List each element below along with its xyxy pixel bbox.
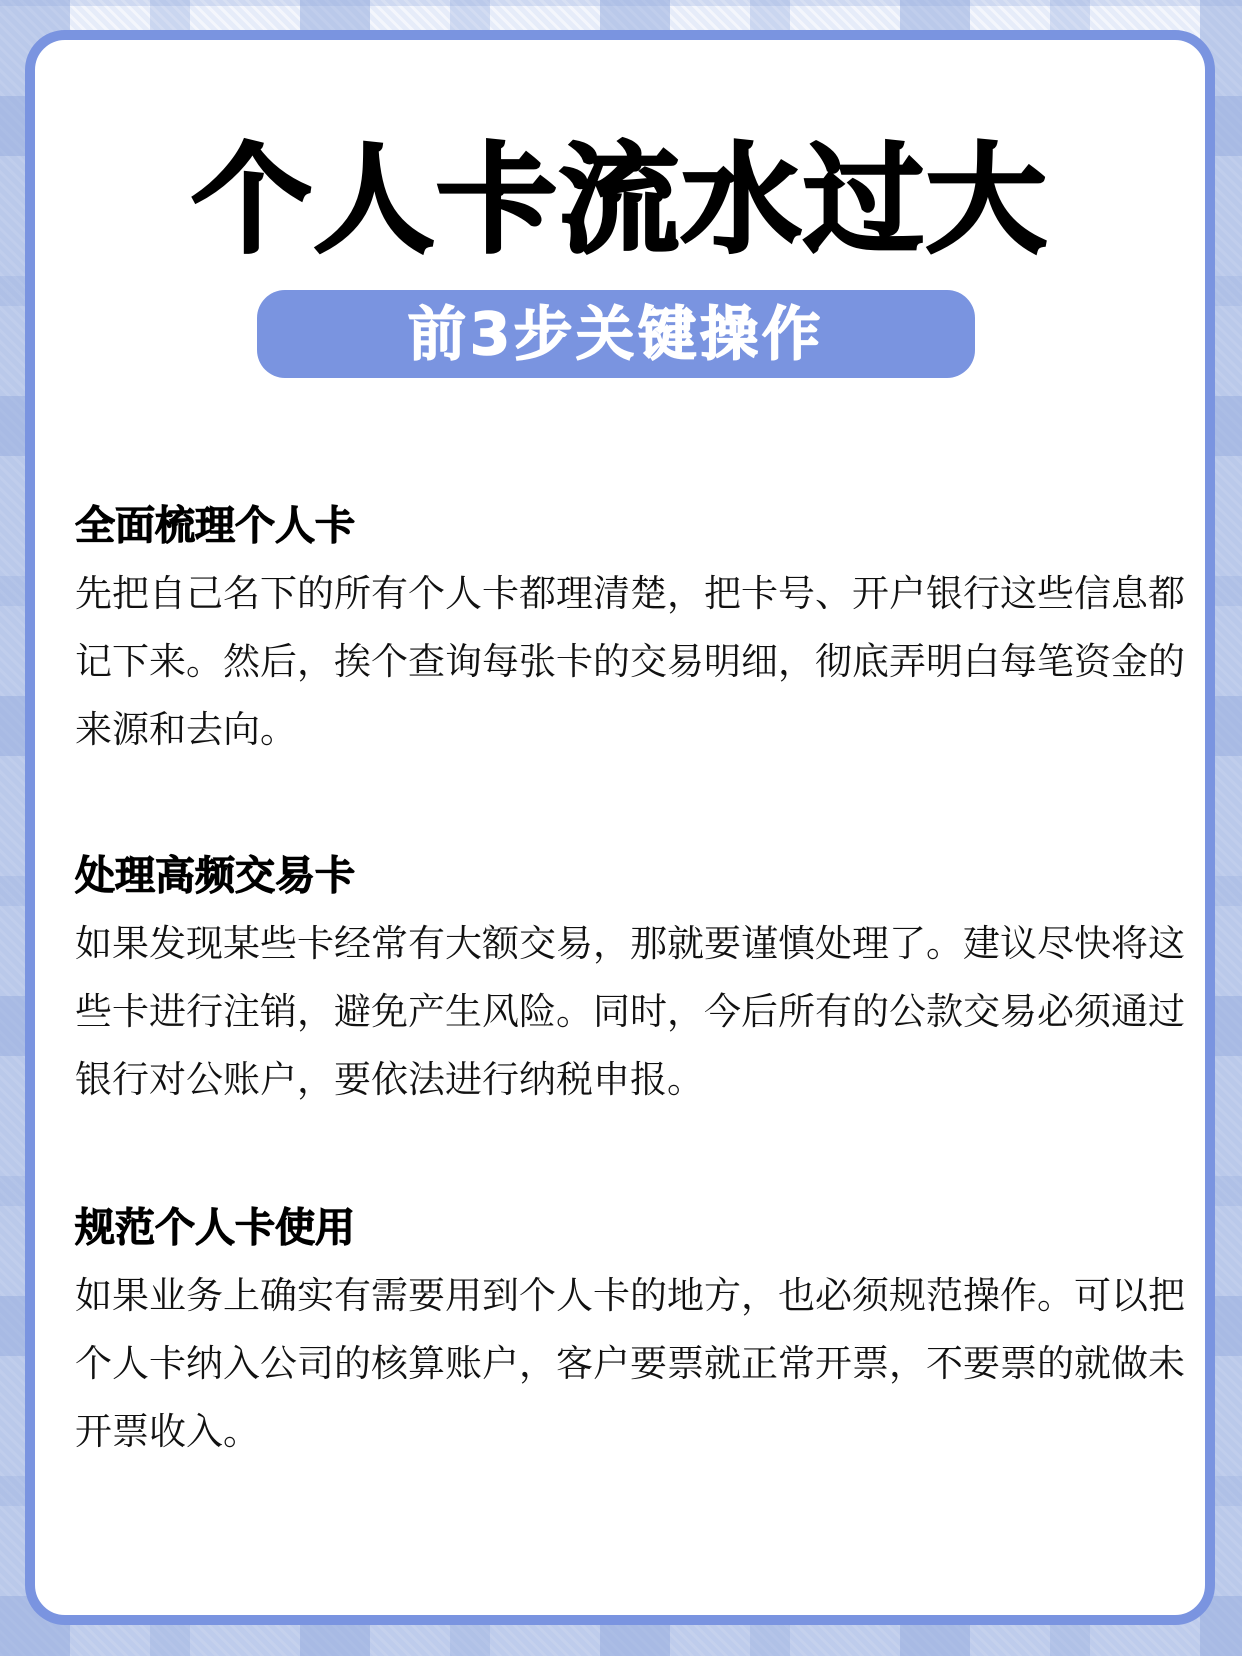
section-standardize-usage: 规范个人卡使用 如果业务上确实有需要用到个人卡的地方，也必须规范操作。可以把个人…	[75, 1200, 1195, 1466]
section-heading: 规范个人卡使用	[75, 1200, 1195, 1256]
section-heading: 处理高频交易卡	[75, 848, 1195, 904]
section-body: 如果业务上确实有需要用到个人卡的地方，也必须规范操作。可以把个人卡纳入公司的核算…	[75, 1262, 1195, 1466]
section-high-frequency-cards: 处理高频交易卡 如果发现某些卡经常有大额交易，那就要谨慎处理了。建议尽快将这些卡…	[75, 848, 1195, 1114]
section-body: 先把自己名下的所有个人卡都理清楚，把卡号、开户银行这些信息都记下来。然后，挨个查…	[75, 560, 1195, 764]
page-title: 个人卡流水过大	[23, 130, 1216, 270]
section-sort-cards: 全面梳理个人卡 先把自己名下的所有个人卡都理清楚，把卡号、开户银行这些信息都记下…	[75, 498, 1195, 764]
section-body: 如果发现某些卡经常有大额交易，那就要谨慎处理了。建议尽快将这些卡进行注销，避免产…	[75, 910, 1195, 1114]
content-card: 个人卡流水过大 前3步关键操作 全面梳理个人卡 先把自己名下的所有个人卡都理清楚…	[25, 30, 1215, 1625]
section-heading: 全面梳理个人卡	[75, 498, 1195, 554]
subtitle-banner: 前3步关键操作	[257, 290, 975, 378]
